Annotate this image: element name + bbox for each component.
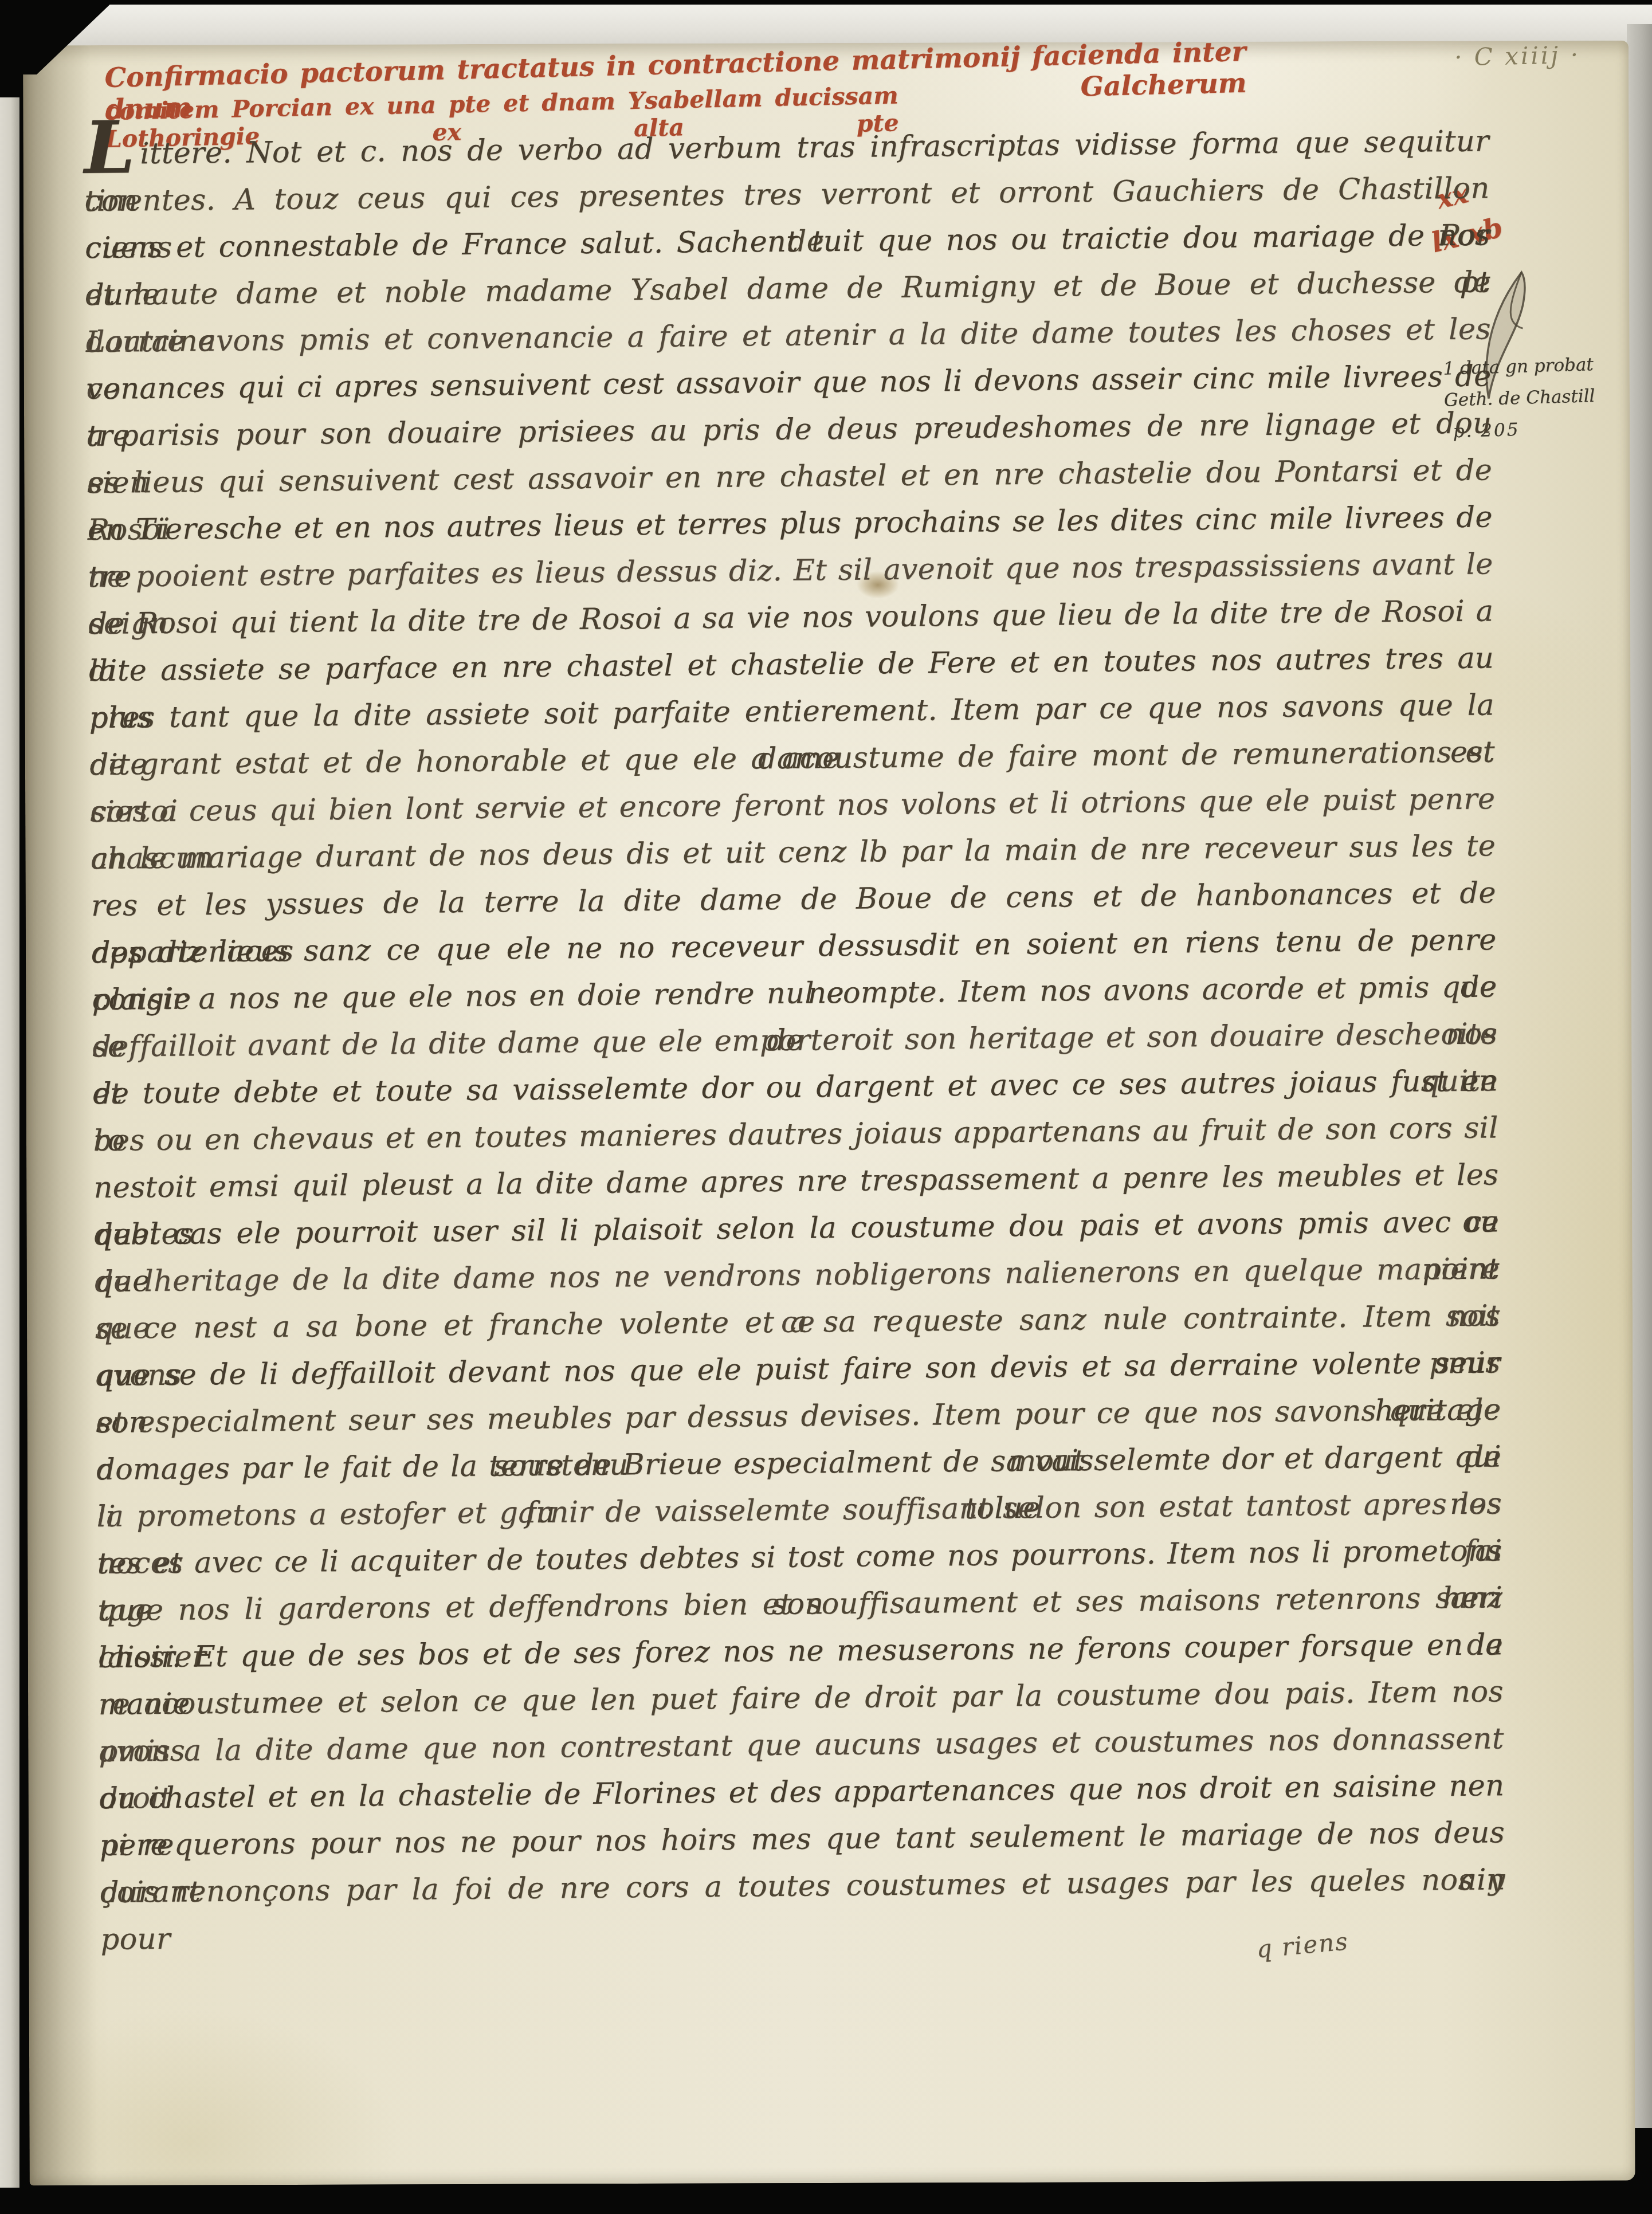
parchment-page: Confirmacio pactorum tractatus in contra… (23, 41, 1635, 2186)
text-block: Littere. Not et c. nos de verbo ad verbu… (84, 118, 1505, 1917)
folio-number: · C xiiij · (1454, 41, 1581, 72)
catchword: q riens (1255, 1927, 1350, 1963)
manuscript-photo: { "colors": { "red_ink": "#ad4a2e", "mai… (0, 0, 1652, 2214)
page-edges-left-sliver (0, 97, 19, 2188)
